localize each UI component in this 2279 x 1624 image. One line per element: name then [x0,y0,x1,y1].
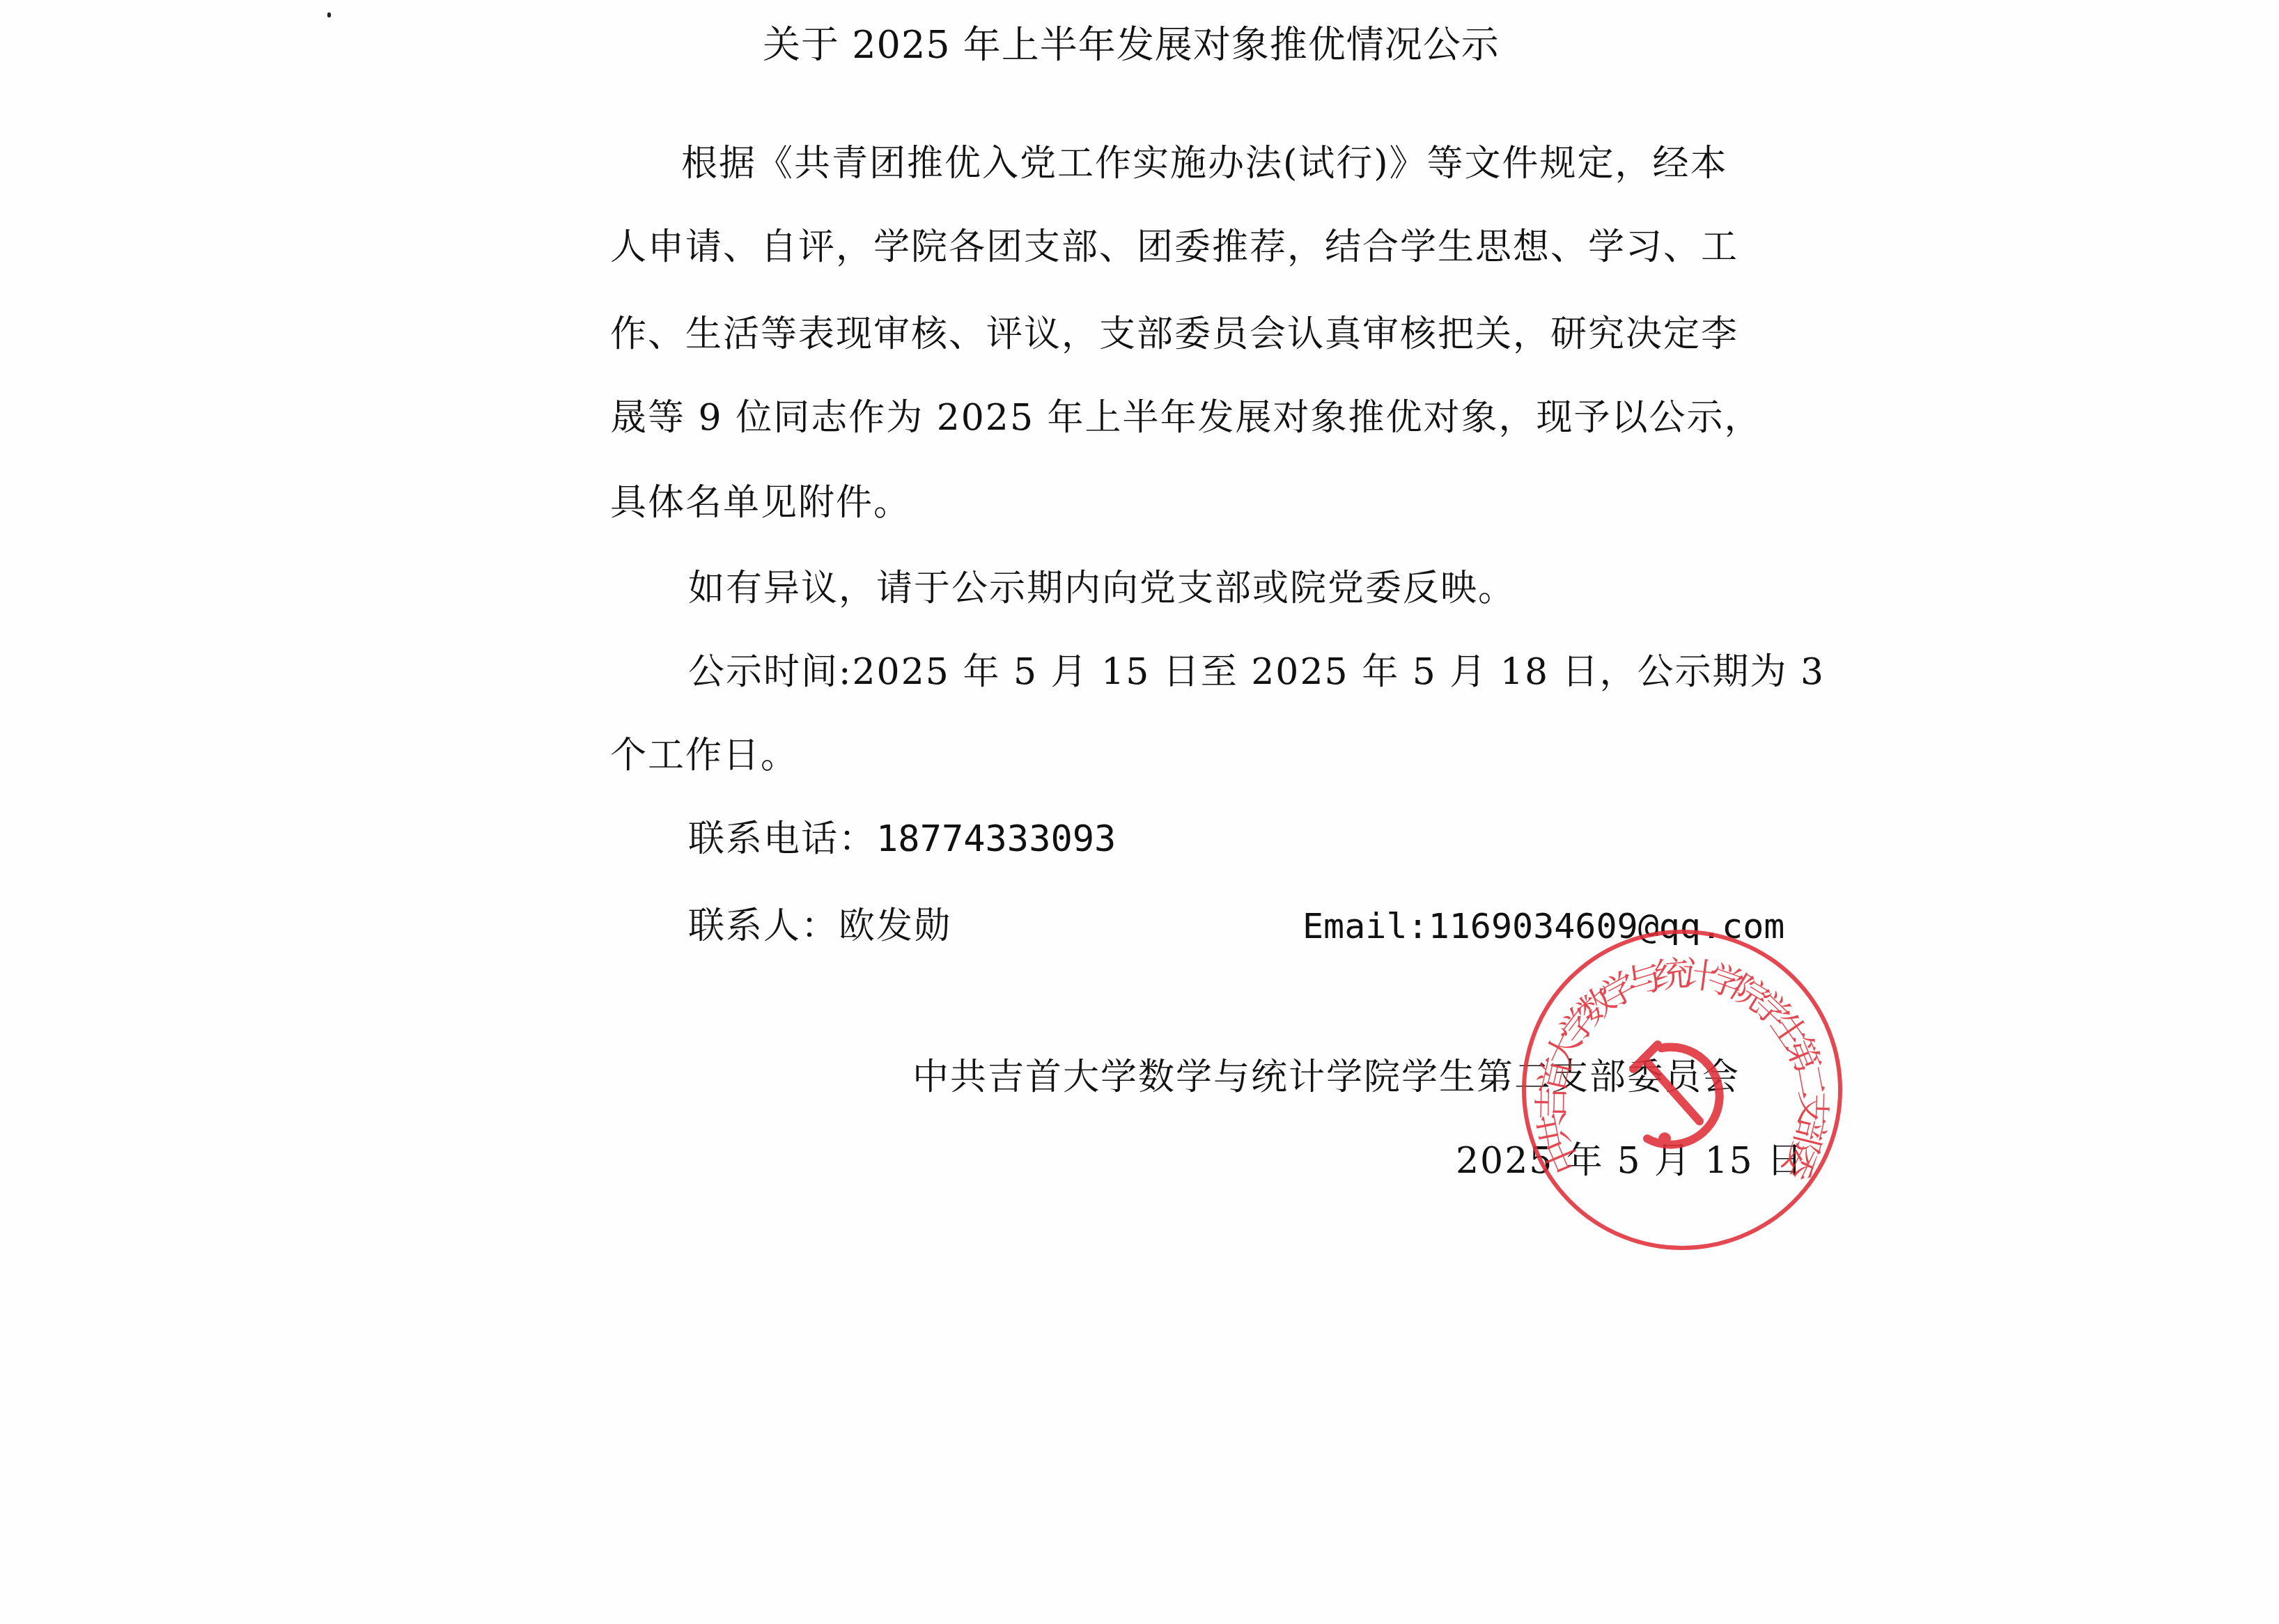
seal-dot [1658,1132,1671,1145]
contact-phone-row: 联系电话：18774333093 [688,815,1116,864]
official-seal-stamp: 中共吉首大学数学与统计学院学生第二支部委员会 [1522,930,1842,1250]
seal-icon: 中共吉首大学数学与统计学院学生第二支部委员会 [1522,930,1842,1250]
hammer-sickle-icon [1633,1045,1720,1145]
contact-phone-label: 联系电话： [688,818,876,860]
scanned-document-page: 关于 2025 年上半年发展对象推优情况公示 根据《共青团推优入党工作实施办法(… [0,0,2279,1624]
objection-notice: 如有异议，请于公示期内向党支部或院党委反映。 [688,564,1516,613]
publicity-period-line-2: 个工作日。 [610,731,798,780]
body-line-1: 根据《共青团推优入党工作实施办法(试行)》等文件规定，经本 [681,139,1728,188]
body-line-2: 人申请、自评，学院各团支部、团委推荐，结合学生思想、学习、工 [610,223,1739,272]
contact-phone-value: 18774333093 [876,818,1116,860]
body-line-4: 晟等 9 位同志作为 2025 年上半年发展对象推优对象，现予以公示， [610,393,1762,442]
contact-person-value: 欧发勋 [839,905,951,947]
contact-person-label: 联系人： [688,905,839,947]
scan-speck [327,13,331,17]
contact-person-row: 联系人：欧发勋 [688,902,951,951]
publicity-period-line-1: 公示时间:2025 年 5 月 15 日至 2025 年 5 月 18 日，公示… [688,648,1825,696]
body-line-5: 具体名单见附件。 [610,478,911,527]
contact-email-label: Email: [1302,906,1429,946]
body-line-3: 作、生活等表现审核、评议，支部委员会认真审核把关，研究决定李 [610,310,1739,359]
document-title: 关于 2025 年上半年发展对象推优情况公示 [763,21,1564,70]
